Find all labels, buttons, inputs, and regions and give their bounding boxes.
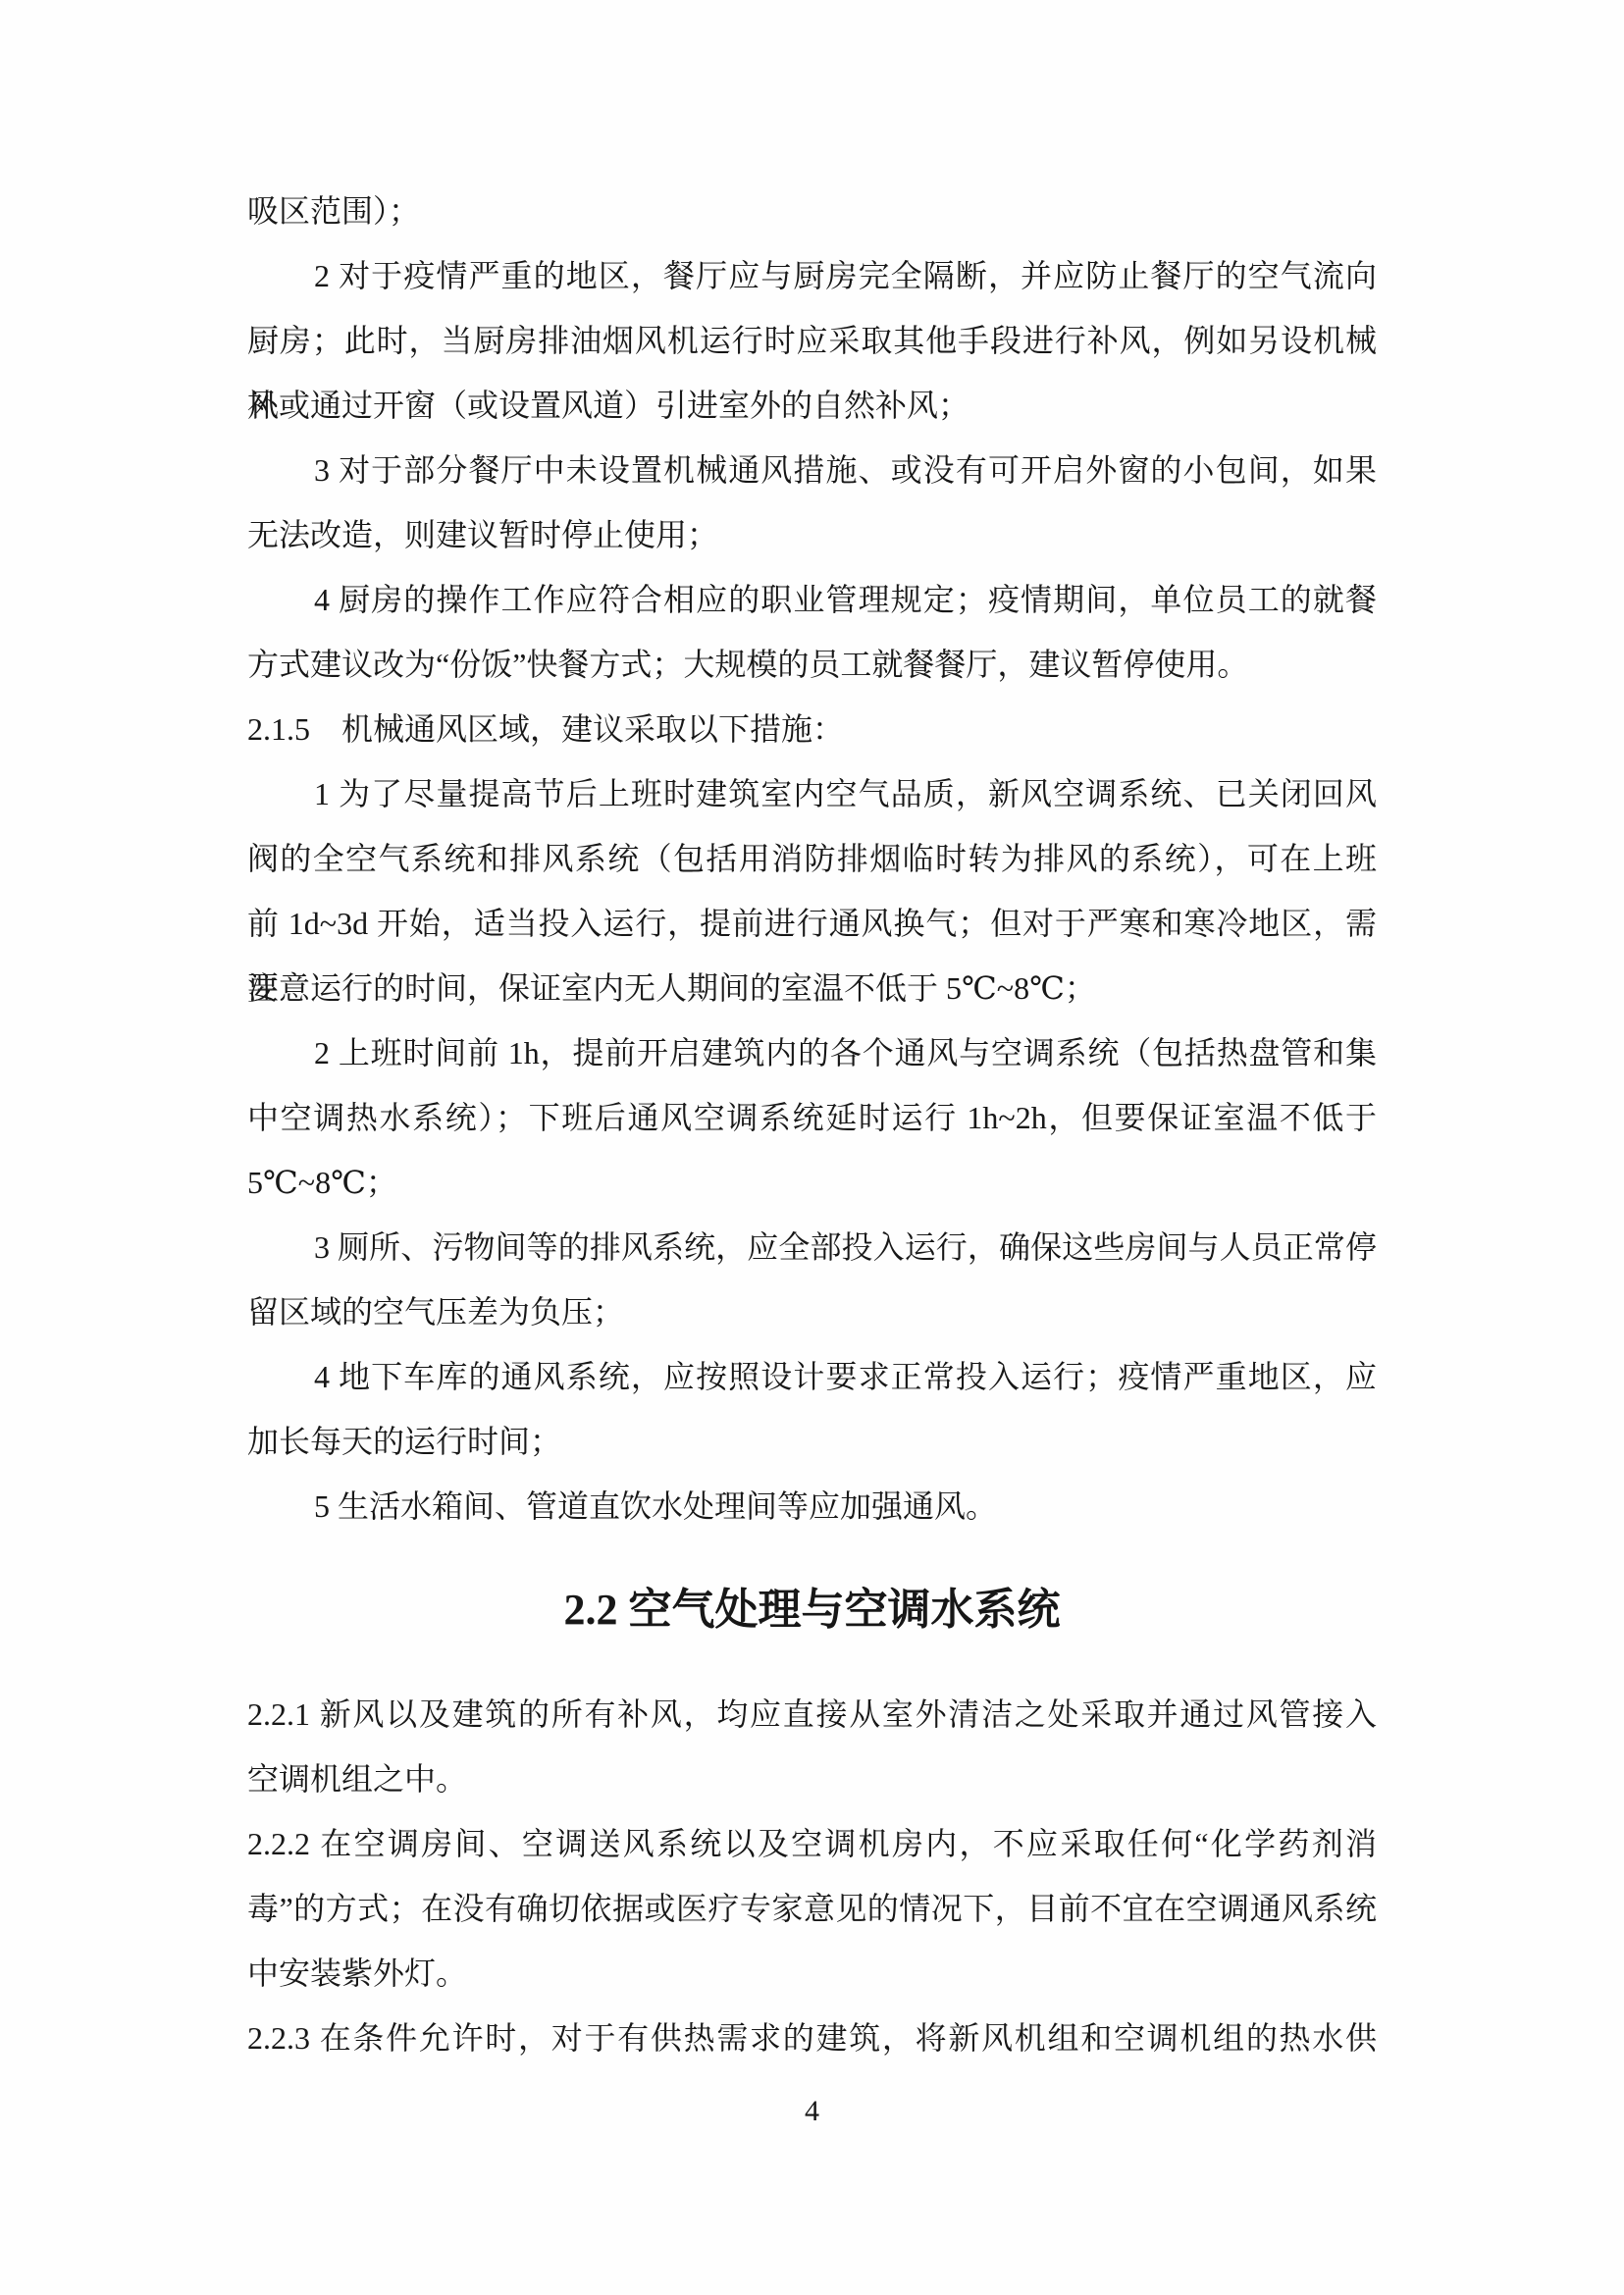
paragraph-line: 空调机组之中。: [247, 1747, 1377, 1811]
paragraph-line: 3 对于部分餐厅中未设置机械通风措施、或没有可开启外窗的小包间，如果: [247, 438, 1377, 502]
paragraph-line: 前 1d~3d 开始，适当投入运行，提前进行通风换气；但对于严寒和寒冷地区，需要: [247, 891, 1377, 956]
paragraph-line: 无法改造，则建议暂时停止使用；: [247, 502, 1377, 567]
paragraph-line: 加长每天的运行时间；: [247, 1409, 1377, 1474]
text-block: 吸区范围）； 2 对于疫情严重的地区，餐厅应与厨房完全隔断，并应防止餐厅的空气流…: [247, 179, 1377, 2131]
paragraph-line: 2 上班时间前 1h，提前开启建筑内的各个通风与空调系统（包括热盘管和集: [247, 1020, 1377, 1085]
paragraph-line: 2.2.1 新风以及建筑的所有补风，均应直接从室外清洁之处采取并通过风管接入: [247, 1682, 1377, 1747]
paragraph-line: 留区域的空气压差为负压；: [247, 1279, 1377, 1344]
paragraph-line: 厨房；此时，当厨房排油烟风机运行时应采取其他手段进行补风，例如另设机械补: [247, 308, 1377, 373]
paragraph-line: 注意运行的时间，保证室内无人期间的室温不低于 5℃~8℃；: [247, 956, 1377, 1020]
paragraph-line: 中空调热水系统）；下班后通风空调系统延时运行 1h~2h，但要保证室温不低于: [247, 1085, 1377, 1150]
paragraph-line: 3 厕所、污物间等的排风系统，应全部投入运行，确保这些房间与人员正常停: [247, 1215, 1377, 1279]
paragraph-line: 5 生活水箱间、管道直饮水处理间等应加强通风。: [247, 1474, 1377, 1539]
paragraph-line: 吸区范围）；: [247, 179, 1377, 243]
paragraph-line: 中安装紫外灯。: [247, 1941, 1377, 2006]
document-page: 吸区范围）； 2 对于疫情严重的地区，餐厅应与厨房完全隔断，并应防止餐厅的空气流…: [0, 0, 1624, 2295]
section-heading: 2.2 空气处理与空调水系统: [247, 1578, 1377, 1643]
paragraph-line: 2 对于疫情严重的地区，餐厅应与厨房完全隔断，并应防止餐厅的空气流向: [247, 243, 1377, 308]
page-number: 4: [247, 2092, 1377, 2131]
section-item-number-line: 2.1.5 机械通风区域，建议采取以下措施：: [247, 697, 1377, 761]
paragraph-line: 毒”的方式；在没有确切依据或医疗专家意见的情况下，目前不宜在空调通风系统: [247, 1876, 1377, 1941]
paragraph-line: 2.2.2 在空调房间、空调送风系统以及空调机房内，不应采取任何“化学药剂消: [247, 1811, 1377, 1876]
paragraph-line: 1 为了尽量提高节后上班时建筑室内空气品质，新风空调系统、已关闭回风: [247, 761, 1377, 826]
paragraph-line: 5℃~8℃；: [247, 1150, 1377, 1215]
paragraph-line: 风或通过开窗（或设置风道）引进室外的自然补风；: [247, 373, 1377, 438]
paragraph-line: 4 地下车库的通风系统，应按照设计要求正常投入运行；疫情严重地区，应: [247, 1344, 1377, 1409]
paragraph-line: 2.2.3 在条件允许时，对于有供热需求的建筑，将新风机组和空调机组的热水供: [247, 2006, 1377, 2070]
paragraph-line: 方式建议改为“份饭”快餐方式；大规模的员工就餐餐厅，建议暂停使用。: [247, 632, 1377, 697]
paragraph-line: 阀的全空气系统和排风系统（包括用消防排烟临时转为排风的系统），可在上班: [247, 826, 1377, 891]
paragraph-line: 4 厨房的操作工作应符合相应的职业管理规定；疫情期间，单位员工的就餐: [247, 567, 1377, 632]
